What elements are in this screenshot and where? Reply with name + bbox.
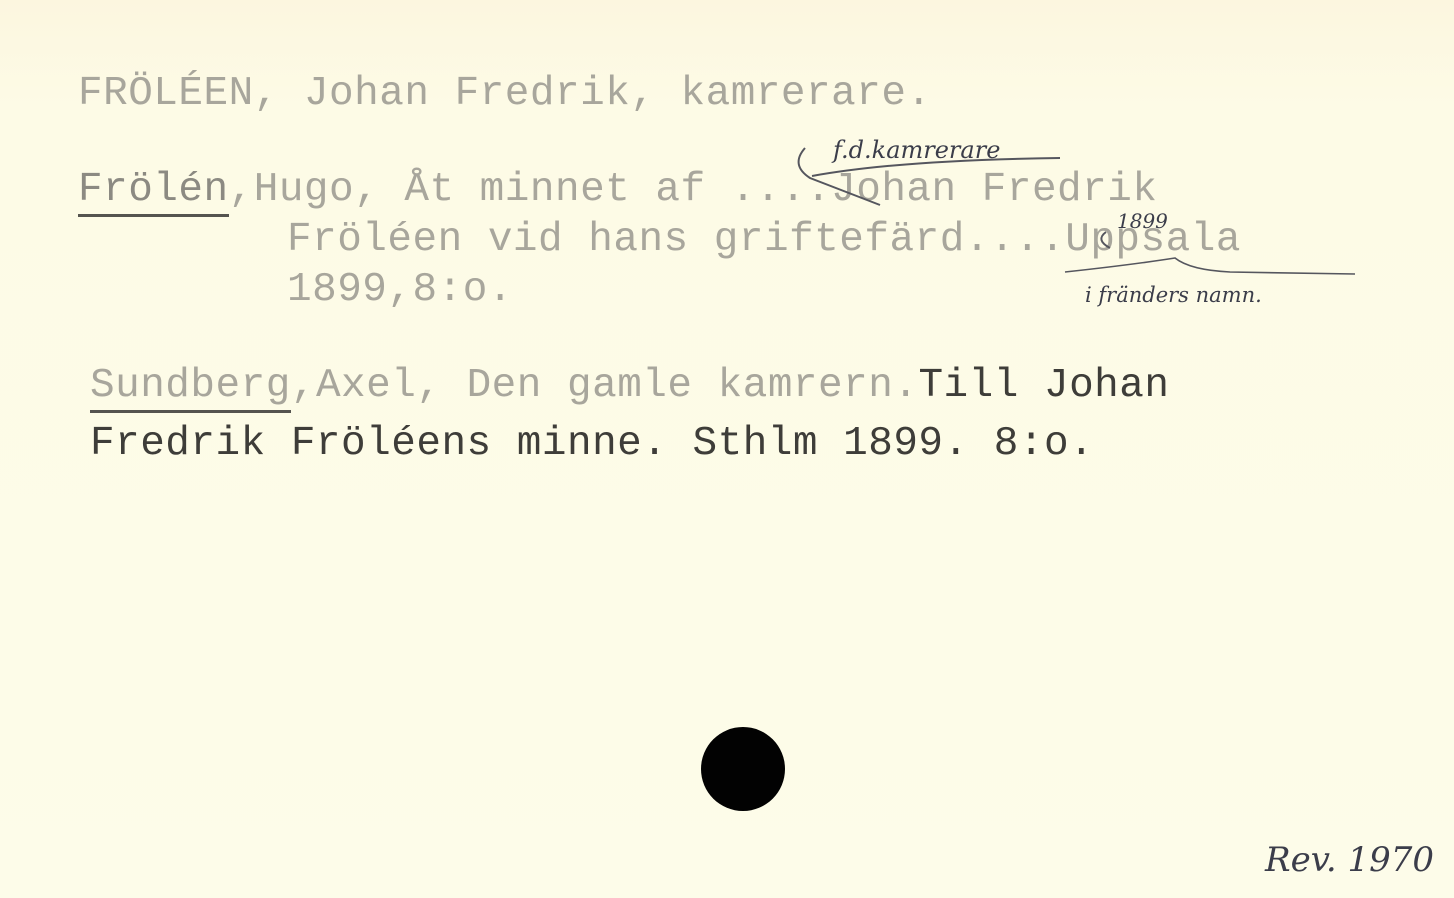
entry2-line1-dark: Till Johan	[918, 363, 1169, 409]
punch-hole	[701, 727, 785, 811]
catalog-card: FRÖLÉEN, Johan Fredrik, kamrerare. Frölé…	[0, 0, 1454, 898]
revision-note: Rev. 1970	[1265, 840, 1434, 880]
entry2-line1-rest: ,Axel, Den gamle kamrern.	[291, 363, 919, 409]
entry2-line2: Fredrik Fröléens minne. Sthlm 1899. 8:o.	[90, 424, 1094, 465]
entry2-author: Sundberg	[90, 363, 291, 413]
entry2-line1: Sundberg,Axel, Den gamle kamrern.Till Jo…	[90, 366, 1170, 407]
